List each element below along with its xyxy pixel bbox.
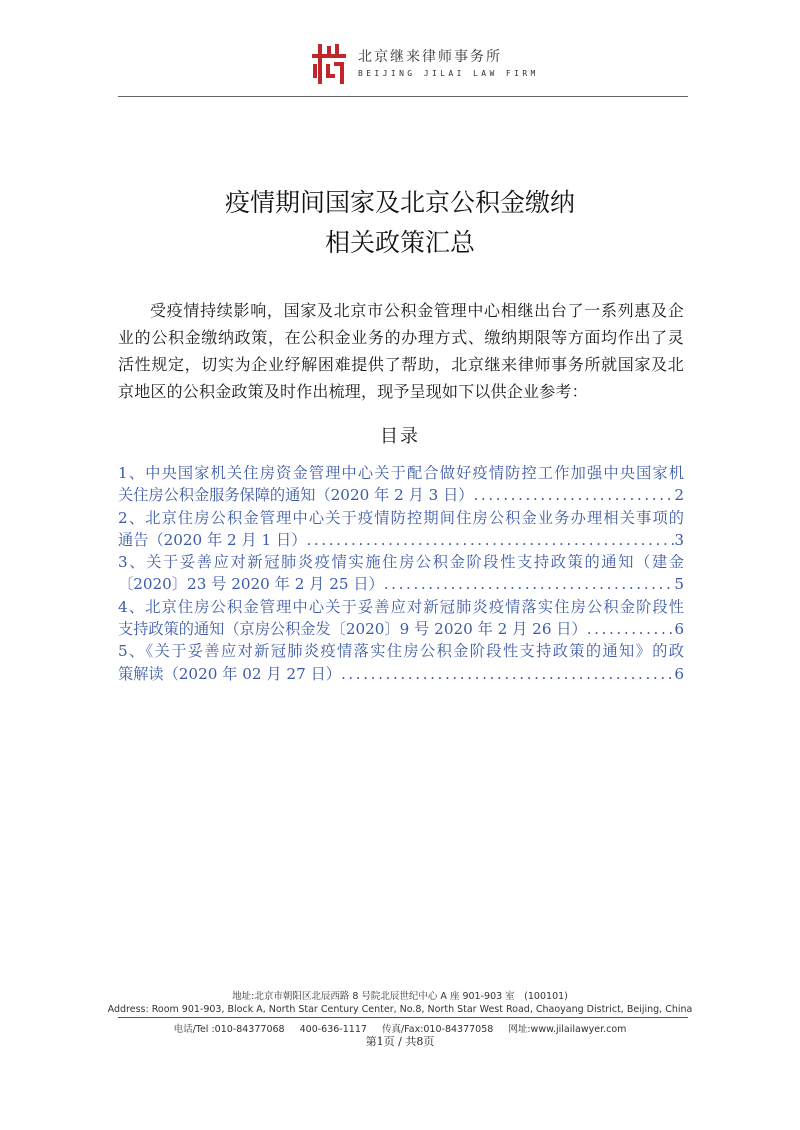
toc-entry-text: 3、关于妥善应对新冠肺炎疫情实施住房公积金阶段性支持政策的通知（建金 — [118, 551, 684, 573]
toc-page-number: 6 — [674, 618, 684, 640]
toc-entry-text: 策解读（2020 年 02 月 27 日） — [118, 663, 341, 685]
address-cn: 地址:北京市朝阳区北辰西路 8 号院北辰世纪中心 A 座 901-903 室 (… — [0, 990, 800, 1003]
footer-divider — [118, 1017, 688, 1018]
toc-page-number: 2 — [674, 484, 684, 506]
toc-heading: 目录 — [0, 422, 800, 448]
toc-entry-text: 〔2020〕23 号 2020 年 2 月 25 日） — [118, 573, 384, 595]
toc-entry-text: 5、《关于妥善应对新冠肺炎疫情落实住房公积金阶段性支持政策的通知》的政 — [118, 640, 684, 662]
document-title: 疫情期间国家及北京公积金缴纳 相关政策汇总 — [0, 183, 800, 263]
toc-entry-text: 支持政策的通知（京房公积金发〔2020〕9 号 2020 年 2 月 26 日） — [118, 618, 587, 640]
header-divider — [118, 96, 688, 97]
toc-entry-4[interactable]: 4、北京住房公积金管理中心关于妥善应对新冠肺炎疫情落实住房公积金阶段性 支持政策… — [118, 596, 684, 641]
firm-name: 北京继来律师事务所 BEIJING JILAI LAW FIRM — [358, 48, 539, 80]
toc-leader: ........................................… — [341, 663, 674, 685]
toc-leader: ........................................… — [587, 618, 675, 640]
toc-entry-text: 2、北京住房公积金管理中心关于疫情防控期间住房公积金业务办理相关事项的 — [118, 507, 684, 529]
toc-entry-text: 4、北京住房公积金管理中心关于妥善应对新冠肺炎疫情落实住房公积金阶段性 — [118, 596, 684, 618]
toc-entry-3[interactable]: 3、关于妥善应对新冠肺炎疫情实施住房公积金阶段性支持政策的通知（建金 〔2020… — [118, 551, 684, 596]
toc-page-number: 5 — [674, 573, 684, 595]
firm-name-en: BEIJING JILAI LAW FIRM — [358, 68, 539, 80]
toc-entry-5[interactable]: 5、《关于妥善应对新冠肺炎疫情落实住房公积金阶段性支持政策的通知》的政 策解读（… — [118, 640, 684, 685]
toc-entry-text: 关住房公积金服务保障的通知（2020 年 2 月 3 日） — [118, 484, 474, 506]
table-of-contents: 1、中央国家机关住房资金管理中心关于配合做好疫情防控工作加强中央国家机 关住房公… — [118, 462, 684, 685]
page-indicator: 第1页 / 共8页 — [0, 1033, 800, 1049]
firm-logo-icon — [312, 44, 346, 84]
toc-page-number: 3 — [674, 529, 684, 551]
toc-page-number: 6 — [674, 663, 684, 685]
firm-name-cn: 北京继来律师事务所 — [358, 48, 539, 66]
intro-paragraph: 受疫情持续影响，国家及北京市公积金管理中心相继出台了一系列惠及企业的公积金缴纳政… — [118, 297, 684, 405]
title-line-1: 疫情期间国家及北京公积金缴纳 — [0, 183, 800, 223]
page-footer: 地址:北京市朝阳区北辰西路 8 号院北辰世纪中心 A 座 901-903 室 (… — [0, 990, 800, 1016]
document-page: 北京继来律师事务所 BEIJING JILAI LAW FIRM 疫情期间国家及… — [0, 0, 800, 1130]
address-en: Address: Room 901-903, Block A, North St… — [0, 1003, 800, 1016]
toc-leader: ........................................… — [384, 573, 675, 595]
toc-leader: ........................................… — [474, 484, 675, 506]
letterhead: 北京继来律师事务所 BEIJING JILAI LAW FIRM — [0, 40, 800, 90]
toc-entry-1[interactable]: 1、中央国家机关住房资金管理中心关于配合做好疫情防控工作加强中央国家机 关住房公… — [118, 462, 684, 507]
title-line-2: 相关政策汇总 — [0, 223, 800, 263]
toc-entry-2[interactable]: 2、北京住房公积金管理中心关于疫情防控期间住房公积金业务办理相关事项的 通告（2… — [118, 507, 684, 552]
toc-entry-text: 通告（2020 年 2 月 1 日） — [118, 529, 306, 551]
toc-entry-text: 1、中央国家机关住房资金管理中心关于配合做好疫情防控工作加强中央国家机 — [118, 462, 684, 484]
toc-leader: ........................................… — [306, 529, 674, 551]
